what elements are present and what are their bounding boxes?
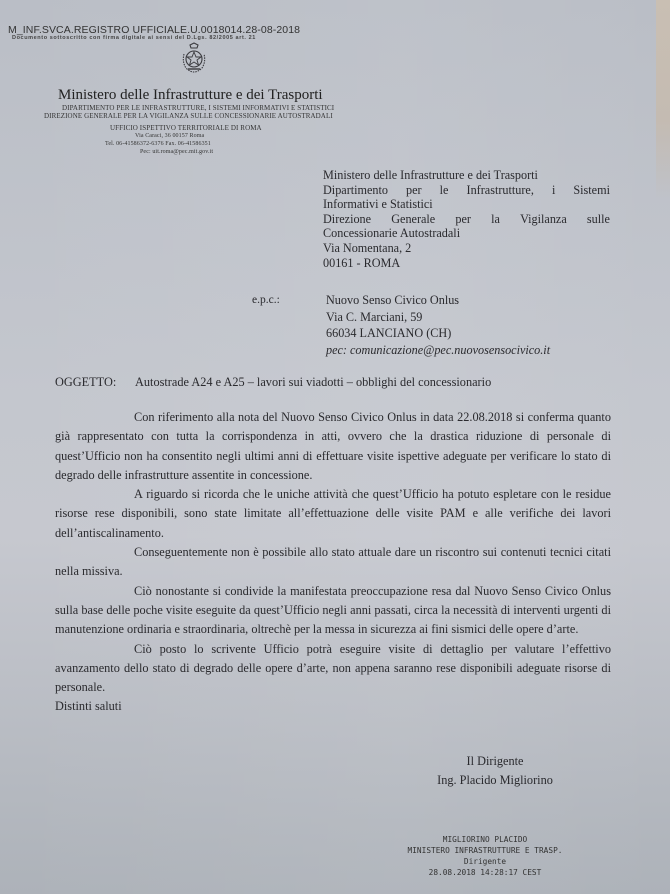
letterhead-address: Via Caraci, 36 00157 Roma bbox=[135, 133, 204, 139]
recipient-line: Ministero delle Infrastrutture e dei Tra… bbox=[323, 168, 610, 183]
paper-edge-shadow bbox=[656, 0, 670, 200]
letterhead-phone-fax: Tel. 06-41586372-6376 Fax. 06-41586351 bbox=[105, 141, 211, 147]
italian-republic-emblem-icon bbox=[181, 42, 207, 74]
digital-signature-name: MIGLIORINO PLACIDO bbox=[330, 834, 640, 845]
digital-signature-timestamp: 28.08.2018 14:28:17 CEST bbox=[330, 867, 640, 878]
recipient-line: Via Nomentana, 2 bbox=[323, 241, 610, 256]
cc-address: Via C. Marciani, 59 bbox=[326, 309, 550, 326]
signature-name: Ing. Placido Migliorino bbox=[390, 771, 600, 790]
paragraph: A riguardo si ricorda che le uniche atti… bbox=[55, 485, 611, 543]
signature-role: Il Dirigente bbox=[390, 752, 600, 771]
word: Sistemi bbox=[573, 183, 610, 198]
letterhead-directorate: DIREZIONE GENERALE PER LA VIGILANZA SULL… bbox=[44, 112, 333, 120]
paragraph: Ciò nonostante si condivide la manifesta… bbox=[55, 582, 611, 640]
paragraph: Conseguentemente non è possibile allo st… bbox=[55, 543, 611, 582]
word: Vigilanza bbox=[520, 212, 567, 227]
recipient-line-justified: Direzione Generale per la Vigilanza sull… bbox=[323, 212, 610, 227]
word: la bbox=[491, 212, 500, 227]
subject-label: OGGETTO: bbox=[55, 375, 135, 390]
letterhead-pec: Pec: uit.roma@pec.mit.gov.it bbox=[140, 149, 213, 155]
digital-signature-organization: MINISTERO INFRASTRUTTURE E TRASP. bbox=[330, 845, 640, 856]
recipient-line: 00161 - ROMA bbox=[323, 256, 610, 271]
word: Generale bbox=[391, 212, 435, 227]
cc-name: Nuovo Senso Civico Onlus bbox=[326, 292, 550, 309]
word: Dipartimento bbox=[323, 183, 388, 198]
recipient-line-justified: Dipartimento per le Infrastrutture, i Si… bbox=[323, 183, 610, 198]
cc-block: Nuovo Senso Civico Onlus Via C. Marciani… bbox=[326, 292, 550, 358]
word: le bbox=[440, 183, 449, 198]
cc-city: 66034 LANCIANO (CH) bbox=[326, 325, 550, 342]
word: i bbox=[552, 183, 555, 198]
subject-text: Autostrade A24 e A25 – lavori sui viadot… bbox=[135, 375, 491, 389]
letter-body: Con riferimento alla nota del Nuovo Sens… bbox=[55, 408, 611, 717]
word: sulle bbox=[587, 212, 610, 227]
signature-block: Il Dirigente Ing. Placido Migliorino bbox=[390, 752, 600, 790]
paragraph: Ciò posto lo scrivente Ufficio potrà ese… bbox=[55, 640, 611, 698]
word: per bbox=[406, 183, 422, 198]
paragraph: Con riferimento alla nota del Nuovo Sens… bbox=[55, 408, 611, 485]
recipient-block: Ministero delle Infrastrutture e dei Tra… bbox=[323, 168, 610, 270]
word: per bbox=[455, 212, 471, 227]
cc-pec: pec: comunicazione@pec.nuovosensocivico.… bbox=[326, 342, 550, 359]
recipient-line: Informativi e Statistici bbox=[323, 197, 610, 212]
cc-label: e.p.c.: bbox=[252, 294, 280, 306]
letterhead-office: UFFICIO ISPETTIVO TERRITORIALE DI ROMA bbox=[110, 124, 262, 132]
digital-signature-role: Dirigente bbox=[330, 856, 640, 867]
subject-line: OGGETTO:Autostrade A24 e A25 – lavori su… bbox=[55, 375, 491, 390]
word: Infrastrutture, bbox=[467, 183, 534, 198]
digital-signature-stamp: MIGLIORINO PLACIDO MINISTERO INFRASTRUTT… bbox=[330, 834, 640, 878]
letterhead-department: DIPARTIMENTO PER LE INFRASTRUTTURE, I SI… bbox=[62, 104, 334, 112]
protocol-note: Documento sottoscritto con firma digital… bbox=[12, 35, 256, 41]
closing: Distinti saluti bbox=[55, 697, 611, 716]
letterhead-ministry: Ministero delle Infrastrutture e dei Tra… bbox=[58, 87, 323, 104]
recipient-line: Concessionarie Autostradali bbox=[323, 226, 610, 241]
word: Direzione bbox=[323, 212, 371, 227]
